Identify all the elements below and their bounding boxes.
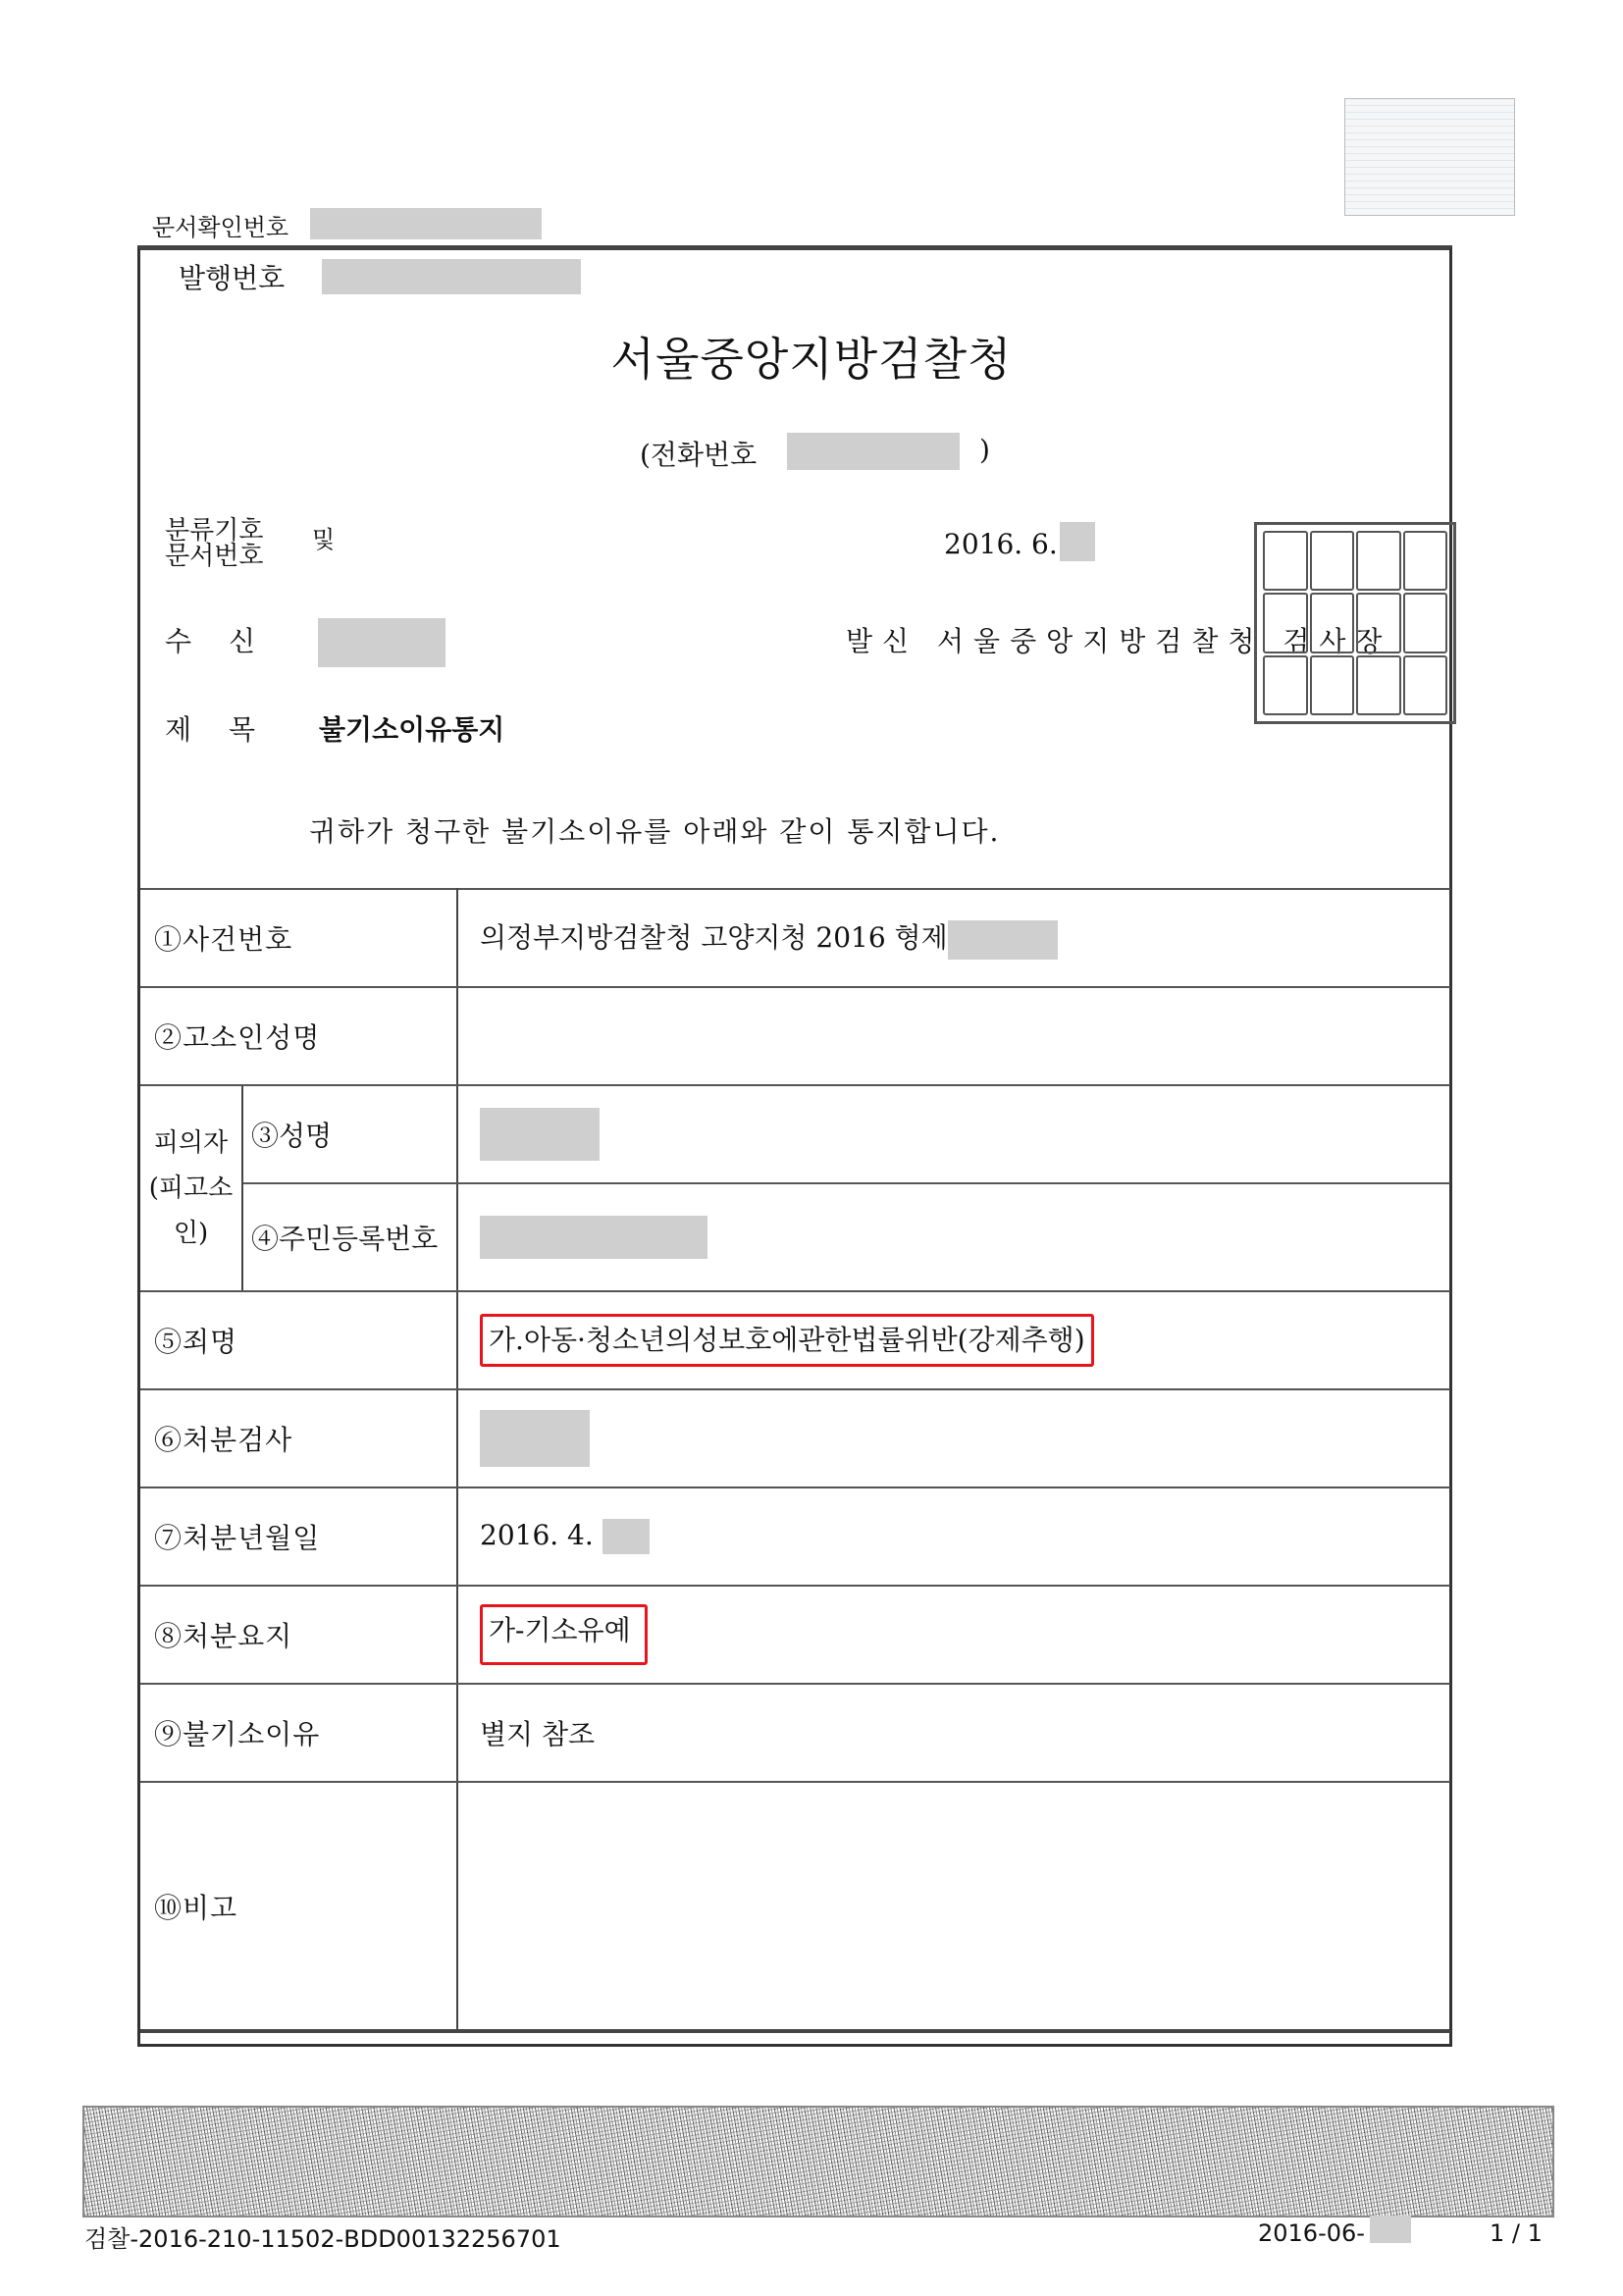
resident-number-label: ④주민등록번호 — [251, 1223, 438, 1255]
phone-label: (전화번호 — [640, 434, 757, 473]
table-row: ⑩비고 — [140, 1782, 1450, 2031]
footer-document-code: 검찰-2016-210-11502-BDD00132256701 — [84, 2219, 561, 2254]
row-label: ⑨불기소이유 — [140, 1684, 457, 1782]
disposition-highlighted-text: 가-기소유예 — [480, 1604, 648, 1665]
charge-highlighted-text: 가.아동·청소년의성보호에관한법률위반(강제추행) — [480, 1314, 1094, 1367]
recipient-label: 수신 — [165, 620, 292, 659]
redacted-resident-number — [480, 1216, 707, 1259]
charge-value: 가.아동·청소년의성보호에관한법률위반(강제추행) — [457, 1291, 1450, 1389]
verification-code-box — [1344, 98, 1515, 216]
redacted-phone — [787, 433, 960, 470]
complainant-label: ②고소인성명 — [154, 1021, 320, 1054]
redacted-prosecutor — [480, 1410, 590, 1467]
notice-table: ①사건번호 의정부지방검찰청 고양지청 2016 형제 ②고소인성명 피의자 (… — [140, 888, 1450, 2033]
table-row: ⑦처분년월일 2016. 4. — [140, 1487, 1450, 1586]
case-number-value: 의정부지방검찰청 고양지청 2016 형제 — [457, 889, 1450, 987]
defendant-label: (피고소인) — [140, 1166, 241, 1256]
table-row: ⑨불기소이유 별지 참조 — [140, 1684, 1450, 1782]
document-date: 2016. 6. — [944, 528, 1058, 560]
issue-number-label: 발행번호 — [179, 257, 285, 296]
table-row: 피의자 (피고소인) ③성명 — [140, 1085, 1450, 1183]
subject: 불기소이유통지 — [319, 708, 504, 748]
classification-label-line2: 문서번호 — [165, 544, 263, 569]
row-label: ⑤죄명 — [140, 1291, 457, 1389]
disposition-date-value: 2016. 4. — [457, 1487, 1450, 1586]
row-label: ⑩비고 — [140, 1782, 457, 2031]
case-number-label: ①사건번호 — [154, 923, 292, 956]
row-label: ①사건번호 — [140, 889, 457, 987]
table-row: ①사건번호 의정부지방검찰청 고양지청 2016 형제 — [140, 889, 1450, 987]
redacted-disposition-day — [602, 1519, 650, 1554]
classification-label: 분류기호 문서번호 — [165, 518, 263, 569]
suspect-label: 피의자 — [140, 1121, 241, 1166]
prosecutor-value — [457, 1389, 1450, 1487]
redacted-doc-confirm-number — [310, 208, 542, 239]
official-seal-icon — [1254, 522, 1456, 724]
row-label: ⑧처분요지 — [140, 1586, 457, 1684]
resident-number-value — [457, 1183, 1450, 1291]
office-title: 서울중앙지방검찰청 — [0, 324, 1623, 389]
remarks-label: ⑩비고 — [154, 1892, 237, 1924]
table-row: ⑤죄명 가.아동·청소년의성보호에관한법률위반(강제추행) — [140, 1291, 1450, 1389]
suspect-group-label: 피의자 (피고소인) — [140, 1085, 242, 1291]
disposition-date-label: ⑦처분년월일 — [154, 1522, 320, 1554]
row-label: ④주민등록번호 — [242, 1183, 457, 1291]
redacted-recipient — [318, 618, 445, 667]
footer-page-number: 1 / 1 — [1490, 2219, 1543, 2247]
non-prosecution-reason-text: 별지 참조 — [480, 1718, 595, 1750]
row-label: ⑦처분년월일 — [140, 1487, 457, 1586]
security-barcode — [82, 2106, 1554, 2218]
table-row: ②고소인성명 — [140, 987, 1450, 1085]
disposition-summary-value: 가-기소유예 — [457, 1586, 1450, 1684]
table-row: ④주민등록번호 — [140, 1183, 1450, 1291]
redacted-issue-number — [322, 259, 581, 294]
row-label: ②고소인성명 — [140, 987, 457, 1085]
suspect-name-label: ③성명 — [251, 1120, 332, 1152]
redacted-case-number — [948, 920, 1058, 960]
non-prosecution-reason-value: 별지 참조 — [457, 1684, 1450, 1782]
table-row: ⑧처분요지 가-기소유예 — [140, 1586, 1450, 1684]
footer-date: 2016-06- — [1258, 2219, 1365, 2247]
prosecutor-label: ⑥처분검사 — [154, 1424, 292, 1456]
complainant-value — [457, 987, 1450, 1085]
notice-text: 귀하가 청구한 불기소이유를 아래와 같이 통지합니다. — [309, 810, 1000, 850]
disposition-summary-label: ⑧처분요지 — [154, 1620, 292, 1652]
remarks-value — [457, 1782, 1450, 2031]
row-label: ③성명 — [242, 1085, 457, 1183]
table-row: ⑥처분검사 — [140, 1389, 1450, 1487]
classification-and: 및 — [312, 520, 335, 554]
disposition-date-text: 2016. 4. — [480, 1519, 594, 1551]
redacted-date-day — [1060, 522, 1095, 561]
charge-label: ⑤죄명 — [154, 1326, 237, 1358]
row-label: ⑥처분검사 — [140, 1389, 457, 1487]
redacted-suspect-name — [480, 1108, 600, 1161]
document-confirm-label: 문서확인번호 — [152, 208, 288, 242]
phone-close-paren: ) — [979, 434, 990, 466]
case-number-text: 의정부지방검찰청 고양지청 2016 형제 — [480, 921, 948, 954]
non-prosecution-reason-label: ⑨불기소이유 — [154, 1718, 320, 1750]
redacted-footer-day — [1370, 2216, 1411, 2243]
classification-label-line1: 분류기호 — [165, 518, 263, 544]
subject-label: 제목 — [165, 708, 292, 748]
suspect-name-value — [457, 1085, 1450, 1183]
